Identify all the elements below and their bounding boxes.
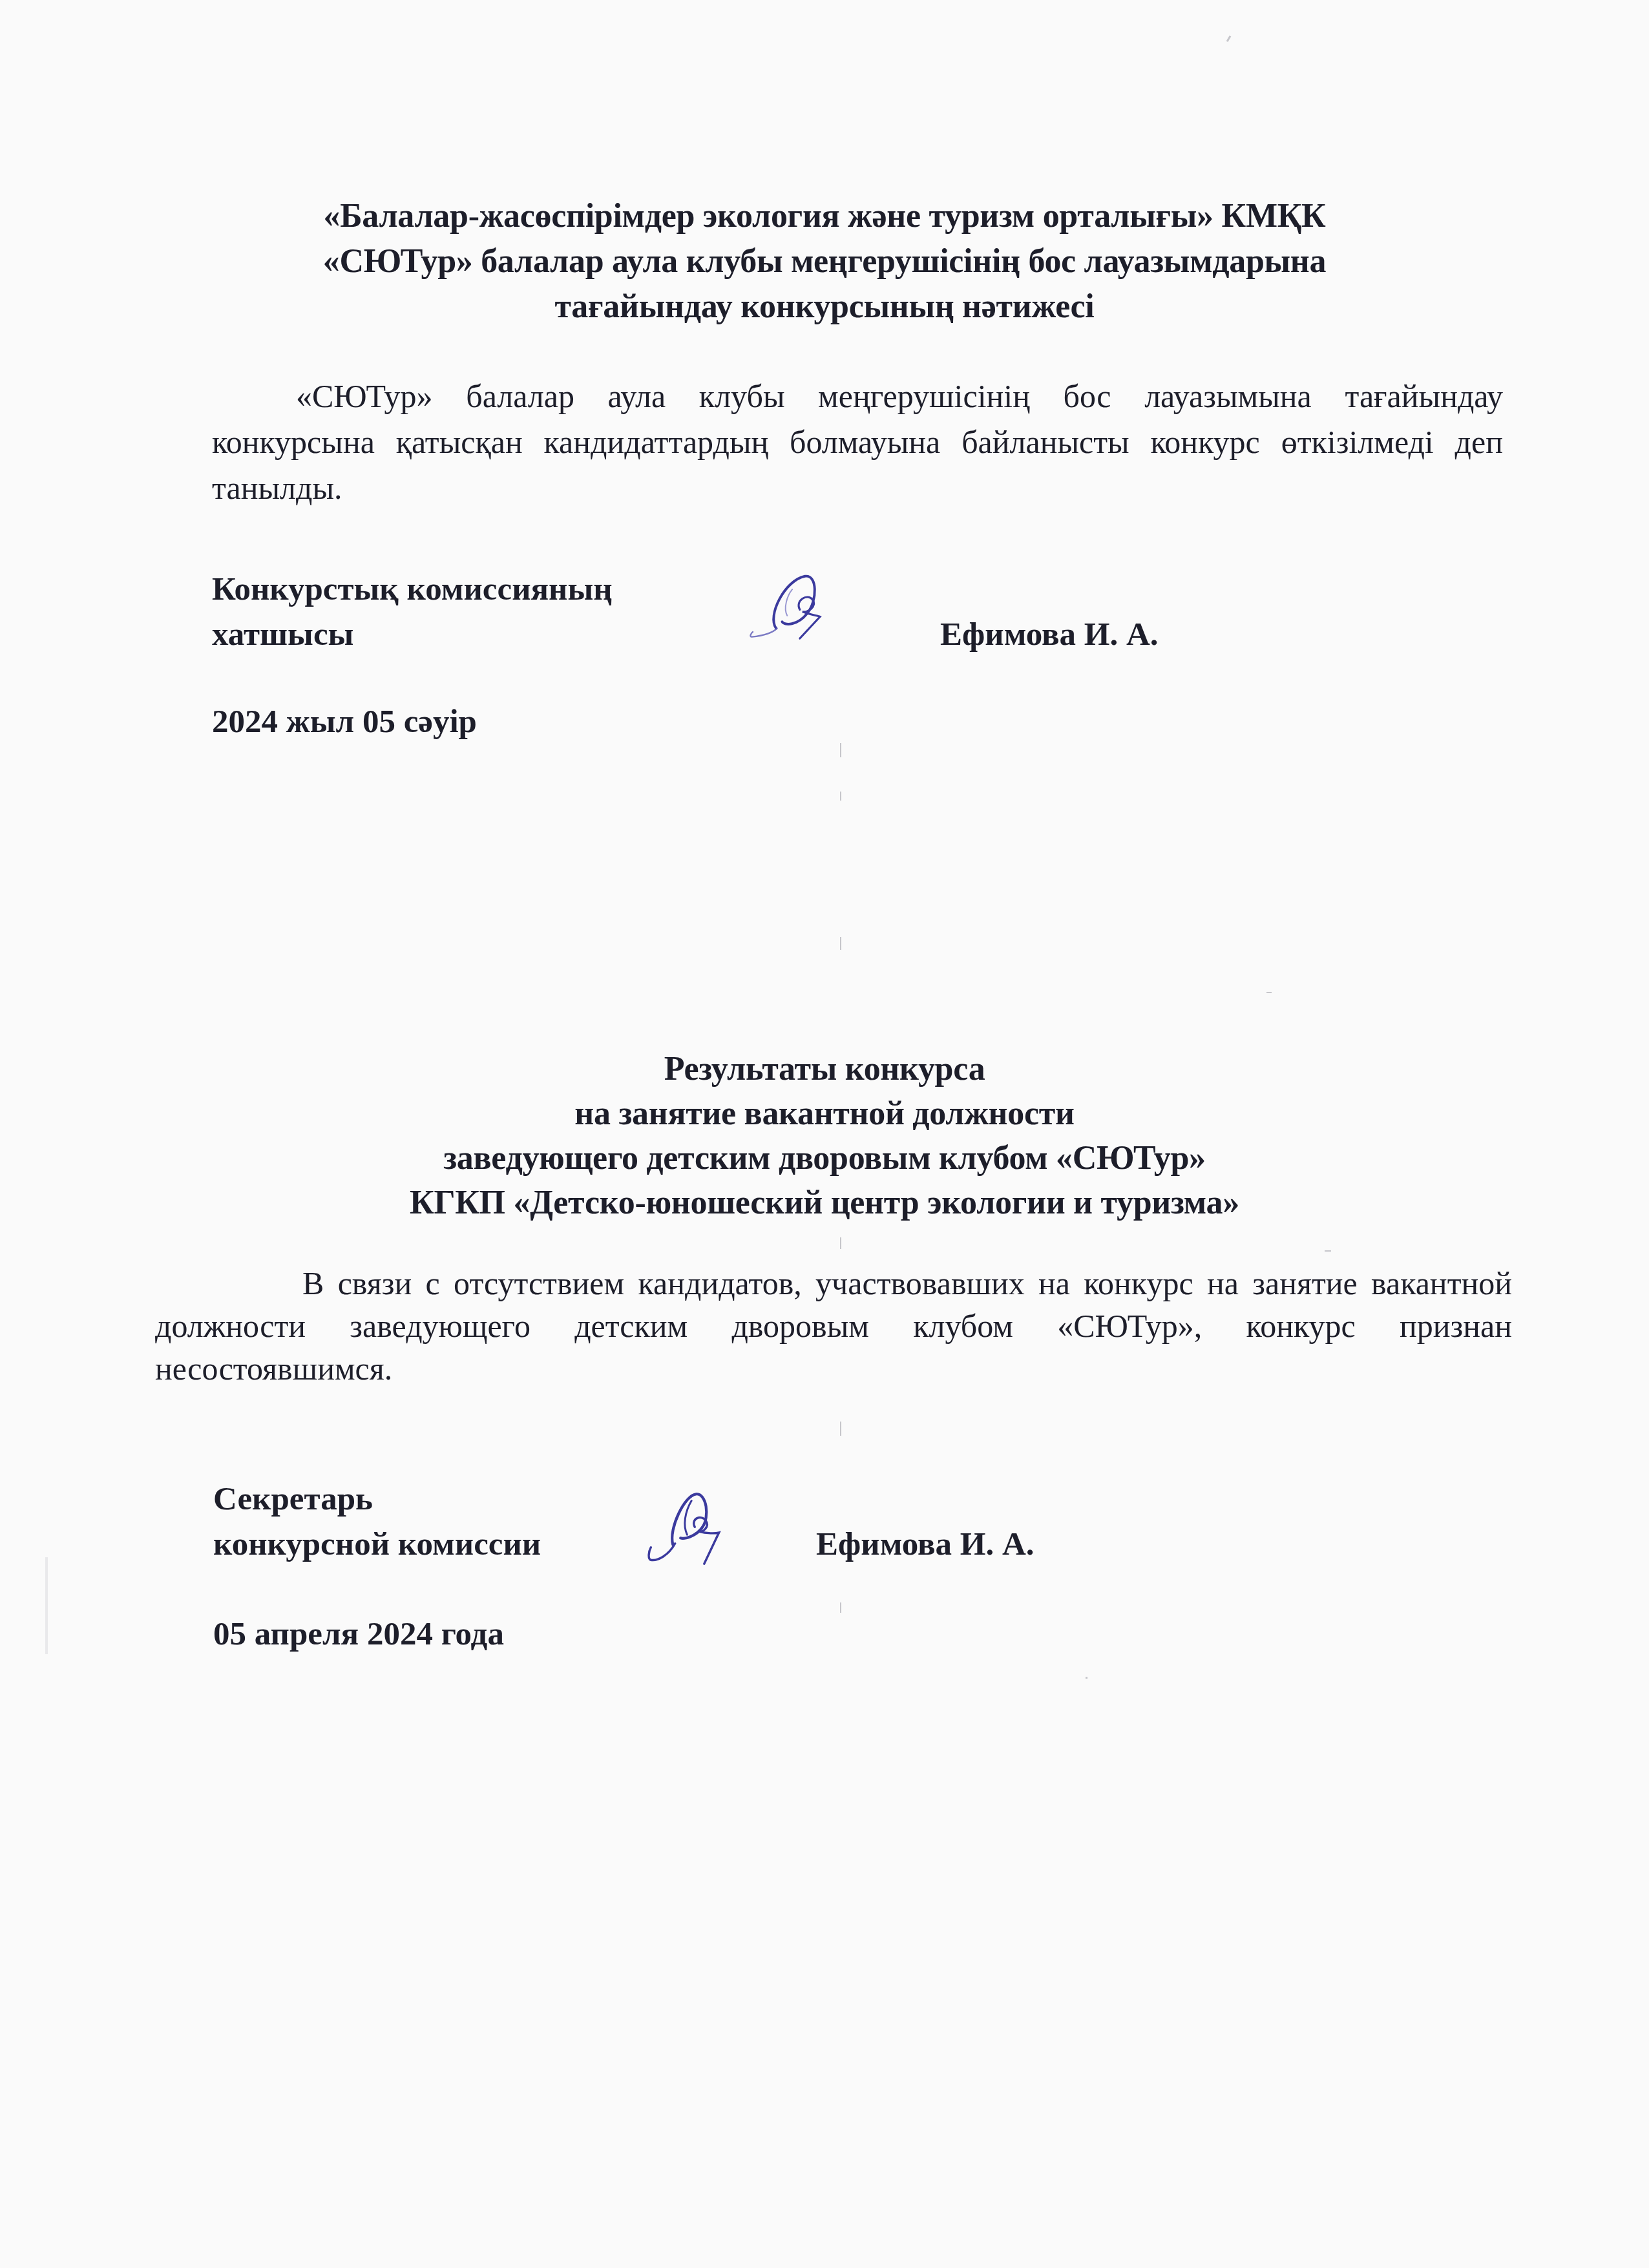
russian-signer-role-line-1: Секретарь [213, 1478, 373, 1520]
kazakh-paragraph: «СЮТур» балалар аула клубы меңгерушісіні… [212, 373, 1503, 511]
scan-artifact [1325, 1250, 1331, 1252]
russian-signer-name: Ефимова И. А. [816, 1524, 1035, 1565]
kazakh-date: 2024 жыл 05 сәуір [212, 701, 477, 742]
kazakh-signer-name: Ефимова И. А. [940, 614, 1159, 655]
russian-title: Результаты конкурса на занятие вакантной… [0, 1047, 1649, 1225]
scan-artifact [1226, 36, 1232, 42]
kazakh-title-line-3: тағайындау конкурсының нәтижесі [0, 284, 1649, 330]
scan-artifact [840, 1602, 841, 1613]
document-page: «Балалар-жасөспірімдер экология және тур… [0, 0, 1649, 2268]
scan-artifact [840, 792, 841, 801]
russian-title-line-1: Результаты конкурса [0, 1047, 1649, 1091]
scan-artifact [1086, 1677, 1087, 1679]
russian-title-line-2: на занятие вакантной должности [0, 1091, 1649, 1136]
signature-icon [630, 1483, 740, 1573]
kazakh-title: «Балалар-жасөспірімдер экология және тур… [0, 194, 1649, 330]
scan-artifact [840, 1237, 841, 1249]
signature-icon [737, 562, 853, 659]
scan-artifact [45, 1557, 48, 1654]
russian-title-line-3: заведующего детским дворовым клубом «СЮТ… [0, 1136, 1649, 1181]
russian-signer-role-line-2: конкурсной комиссии [213, 1524, 541, 1565]
kazakh-signer-role-line-1: Конкурстық комиссияның [212, 569, 613, 610]
russian-paragraph: В связи с отсутствием кандидатов, участв… [155, 1262, 1512, 1390]
scan-artifact [840, 937, 841, 950]
scan-artifact [1266, 992, 1272, 993]
kazakh-signer-role-line-2: хатшысы [212, 614, 353, 655]
kazakh-title-line-2: «СЮТур» балалар аула клубы меңгерушісіні… [0, 239, 1649, 284]
russian-date: 05 апреля 2024 года [213, 1613, 504, 1655]
scan-artifact [840, 743, 841, 757]
kazakh-title-line-1: «Балалар-жасөспірімдер экология және тур… [0, 194, 1649, 239]
scan-artifact [840, 1422, 841, 1436]
russian-title-line-4: КГКП «Детско-юношеский центр экологии и … [0, 1181, 1649, 1225]
